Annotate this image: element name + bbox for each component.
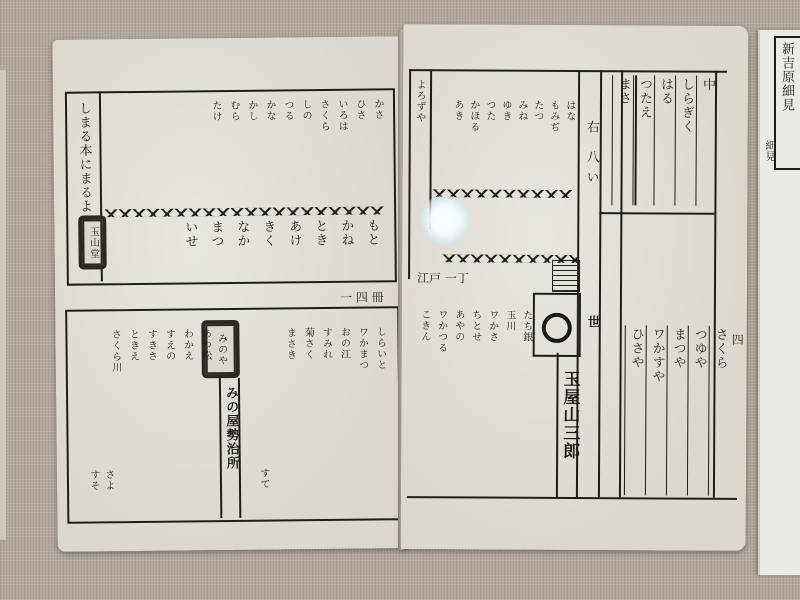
tomoe-flame-crest-icon [542,313,572,343]
right-top-entries: はな もみぢ たつ みね ゆき つた かほる あき [435,99,575,190]
divider [598,70,602,497]
center-column-text: い [583,170,599,184]
left-upper-entries: かさ ひさ いろは さくら しの つる かな かし むら たけ [113,98,384,161]
left-bottom-entries-right: しらいと ワかまつ おの江 すみれ 菊さく まさき [245,326,386,437]
side-page-annotation: 細見 [762,140,774,162]
adjacent-book-edge [0,70,6,540]
left-title-column: しまる本にまるよ [75,101,92,221]
left-bottom-entries-left: あつ松 わかえ すえの すきさ ときえ さくら川 [75,328,211,419]
folio-number: 一 四 冊 [340,288,384,305]
side-page-title: 新吉原細見 [778,42,794,112]
right-page: よろずや はな もみぢ たつ みね ゆき つた かほる あき 右 八 い 中 し… [401,24,749,551]
divider [556,353,559,497]
center-column-text: 右 [583,120,599,134]
divider [408,69,411,279]
left-lower-entries: もと かね とき あけ きく なか まつ いせ [124,218,380,271]
right-bottom-columns: さくら つゆや まつや ワかすや ひさや [619,325,730,496]
footer-note: すて [257,468,269,490]
adjacent-page: 新吉原細見 細見 [758,30,800,575]
house-name-minoya: みの屋勢治所 [222,386,239,506]
side-label: 世 [584,315,600,329]
center-column-text: 八 [583,150,599,164]
folio-mark: 四 [732,331,744,348]
house-name-tamaya: 玉屋山三郎 [559,370,579,460]
building-illustration [552,260,580,292]
footer-note: すそ [87,469,99,491]
district-label: 江戸 一丁 [417,269,469,286]
right-bottom-entries: たち銀 玉川 ワかさ ちとせ あやの ワかつる こきん [412,309,532,380]
left-top-cartouche: 玉山堂 [78,215,107,269]
right-title-column: よろずや [413,79,425,123]
light-glare [420,195,470,245]
left-page: しまる本にまるよ 玉山堂 かさ ひさ いろは さくら しの つる かな かし む… [52,36,407,552]
footer-note: さよ [102,469,114,491]
top-border [409,69,727,73]
divider [599,212,714,215]
book-display-scene: しまる本にまるよ 玉山堂 かさ ひさ いろは さくら しの つる かな かし む… [0,0,800,600]
bottom-border [407,496,737,500]
right-top-columns: 中 しらぎく はる つたえ まさ [634,75,717,205]
